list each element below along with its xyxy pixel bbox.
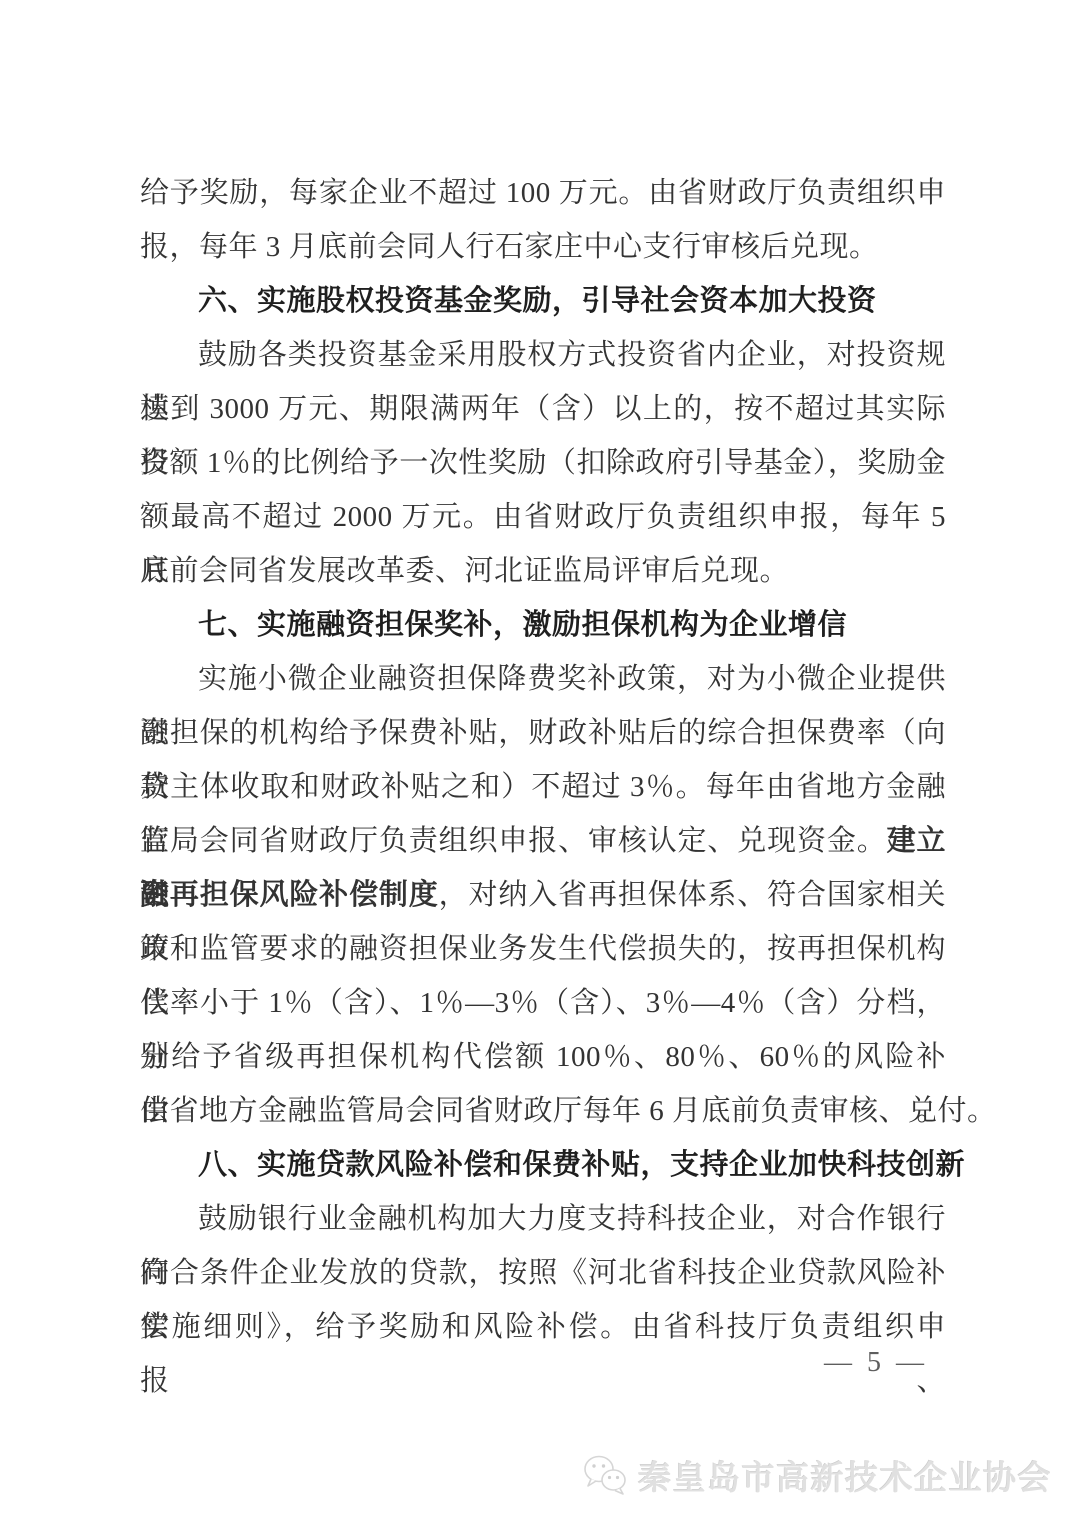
text-segment: 六、实施股权投资基金奖励，引导社会资本加大投资 — [198, 285, 877, 317]
watermark-footer: 秦皇岛市高新技术企业协会 — [582, 1450, 1052, 1500]
text-segment: 七、实施融资担保奖补，激励担保机构为企业增信 — [198, 609, 847, 641]
text-segment: 底前会同省发展改革委、河北证监局评审后兑现。 — [140, 555, 789, 587]
document-line: 别给予省级再担保机构代偿额 100％、80％、60％的风险补偿。 — [140, 1030, 946, 1084]
text-segment: 由省地方金融监管局会同省财政厅每年 6 月底前负责审核、兑付。 — [140, 1095, 997, 1127]
document-line: 款主体收取和财政补贴之和）不超过 3％。每年由省地方金融监 — [140, 760, 946, 814]
document-line: 符合条件企业发放的贷款，按照《河北省科技企业贷款风险补偿 — [140, 1246, 946, 1300]
page-number: — 5 — — [776, 1340, 976, 1386]
watermark-text: 秦皇岛市高新技术企业协会 — [638, 1452, 1052, 1499]
document-line: 实施小微企业融资担保降费奖补政策，对为小微企业提供融 — [140, 652, 946, 706]
document-line: 额最高不超过 2000 万元。由省财政厅负责组织申报，每年 5 月 — [140, 490, 946, 544]
document-line: 底前会同省发展改革委、河北证监局评审后兑现。 — [140, 544, 946, 598]
text-segment: 报，每年 3 月底前会同人行石家庄中心支行审核后兑现。 — [140, 231, 879, 263]
document-line: 报，每年 3 月底前会同人行石家庄中心支行审核后兑现。 — [140, 220, 946, 274]
text-segment: 资额 1％的比例给予一次性奖励（扣除政府引导基金），奖励金 — [140, 447, 946, 479]
document-line: 资额 1％的比例给予一次性奖励（扣除政府引导基金），奖励金 — [140, 436, 946, 490]
text-segment: 给予奖励，每家企业不超过 100 万元。由省财政厅负责组织申 — [140, 177, 946, 209]
text-segment: 八、实施贷款风险补偿和保费补贴，支持企业加快科技创新 — [198, 1149, 965, 1181]
section-heading: 八、实施贷款风险补偿和保费补贴，支持企业加快科技创新 — [140, 1138, 946, 1192]
text-segment: 管局会同省财政厅负责组织申报、审核认定、兑现资金。 — [140, 825, 887, 857]
document-line: 资再担保风险补偿制度，对纳入省再担保体系、符合国家相关政 — [140, 868, 946, 922]
document-line: 偿率小于 1％（含）、1％—3％（含）、3％—4％（含）分档，分 — [140, 976, 946, 1030]
document-line: 给予奖励，每家企业不超过 100 万元。由省财政厅负责组织申 — [140, 166, 946, 220]
document-line: 策和监管要求的融资担保业务发生代偿损失的，按再担保机构代 — [140, 922, 946, 976]
document-line: 达到 3000 万元、期限满两年（含）以上的，按不超过其实际投 — [140, 382, 946, 436]
document-line: 资担保的机构给予保费补贴，财政补贴后的综合担保费率（向贷 — [140, 706, 946, 760]
section-heading: 六、实施股权投资基金奖励，引导社会资本加大投资 — [140, 274, 946, 328]
document-line: 管局会同省财政厅负责组织申报、审核认定、兑现资金。建立融 — [140, 814, 946, 868]
wechat-icon — [582, 1454, 628, 1496]
document-page: 给予奖励，每家企业不超过 100 万元。由省财政厅负责组织申报，每年 3 月底前… — [0, 0, 1080, 1525]
document-line: 由省地方金融监管局会同省财政厅每年 6 月底前负责审核、兑付。 — [140, 1084, 946, 1138]
section-heading: 七、实施融资担保奖补，激励担保机构为企业增信 — [140, 598, 946, 652]
document-line: 鼓励各类投资基金采用股权方式投资省内企业，对投资规模 — [140, 328, 946, 382]
document-lines: 给予奖励，每家企业不超过 100 万元。由省财政厅负责组织申报，每年 3 月底前… — [140, 166, 946, 1354]
document-line: 鼓励银行业金融机构加大力度支持科技企业，对合作银行向 — [140, 1192, 946, 1246]
text-segment: 资再担保风险补偿制度 — [140, 879, 439, 911]
